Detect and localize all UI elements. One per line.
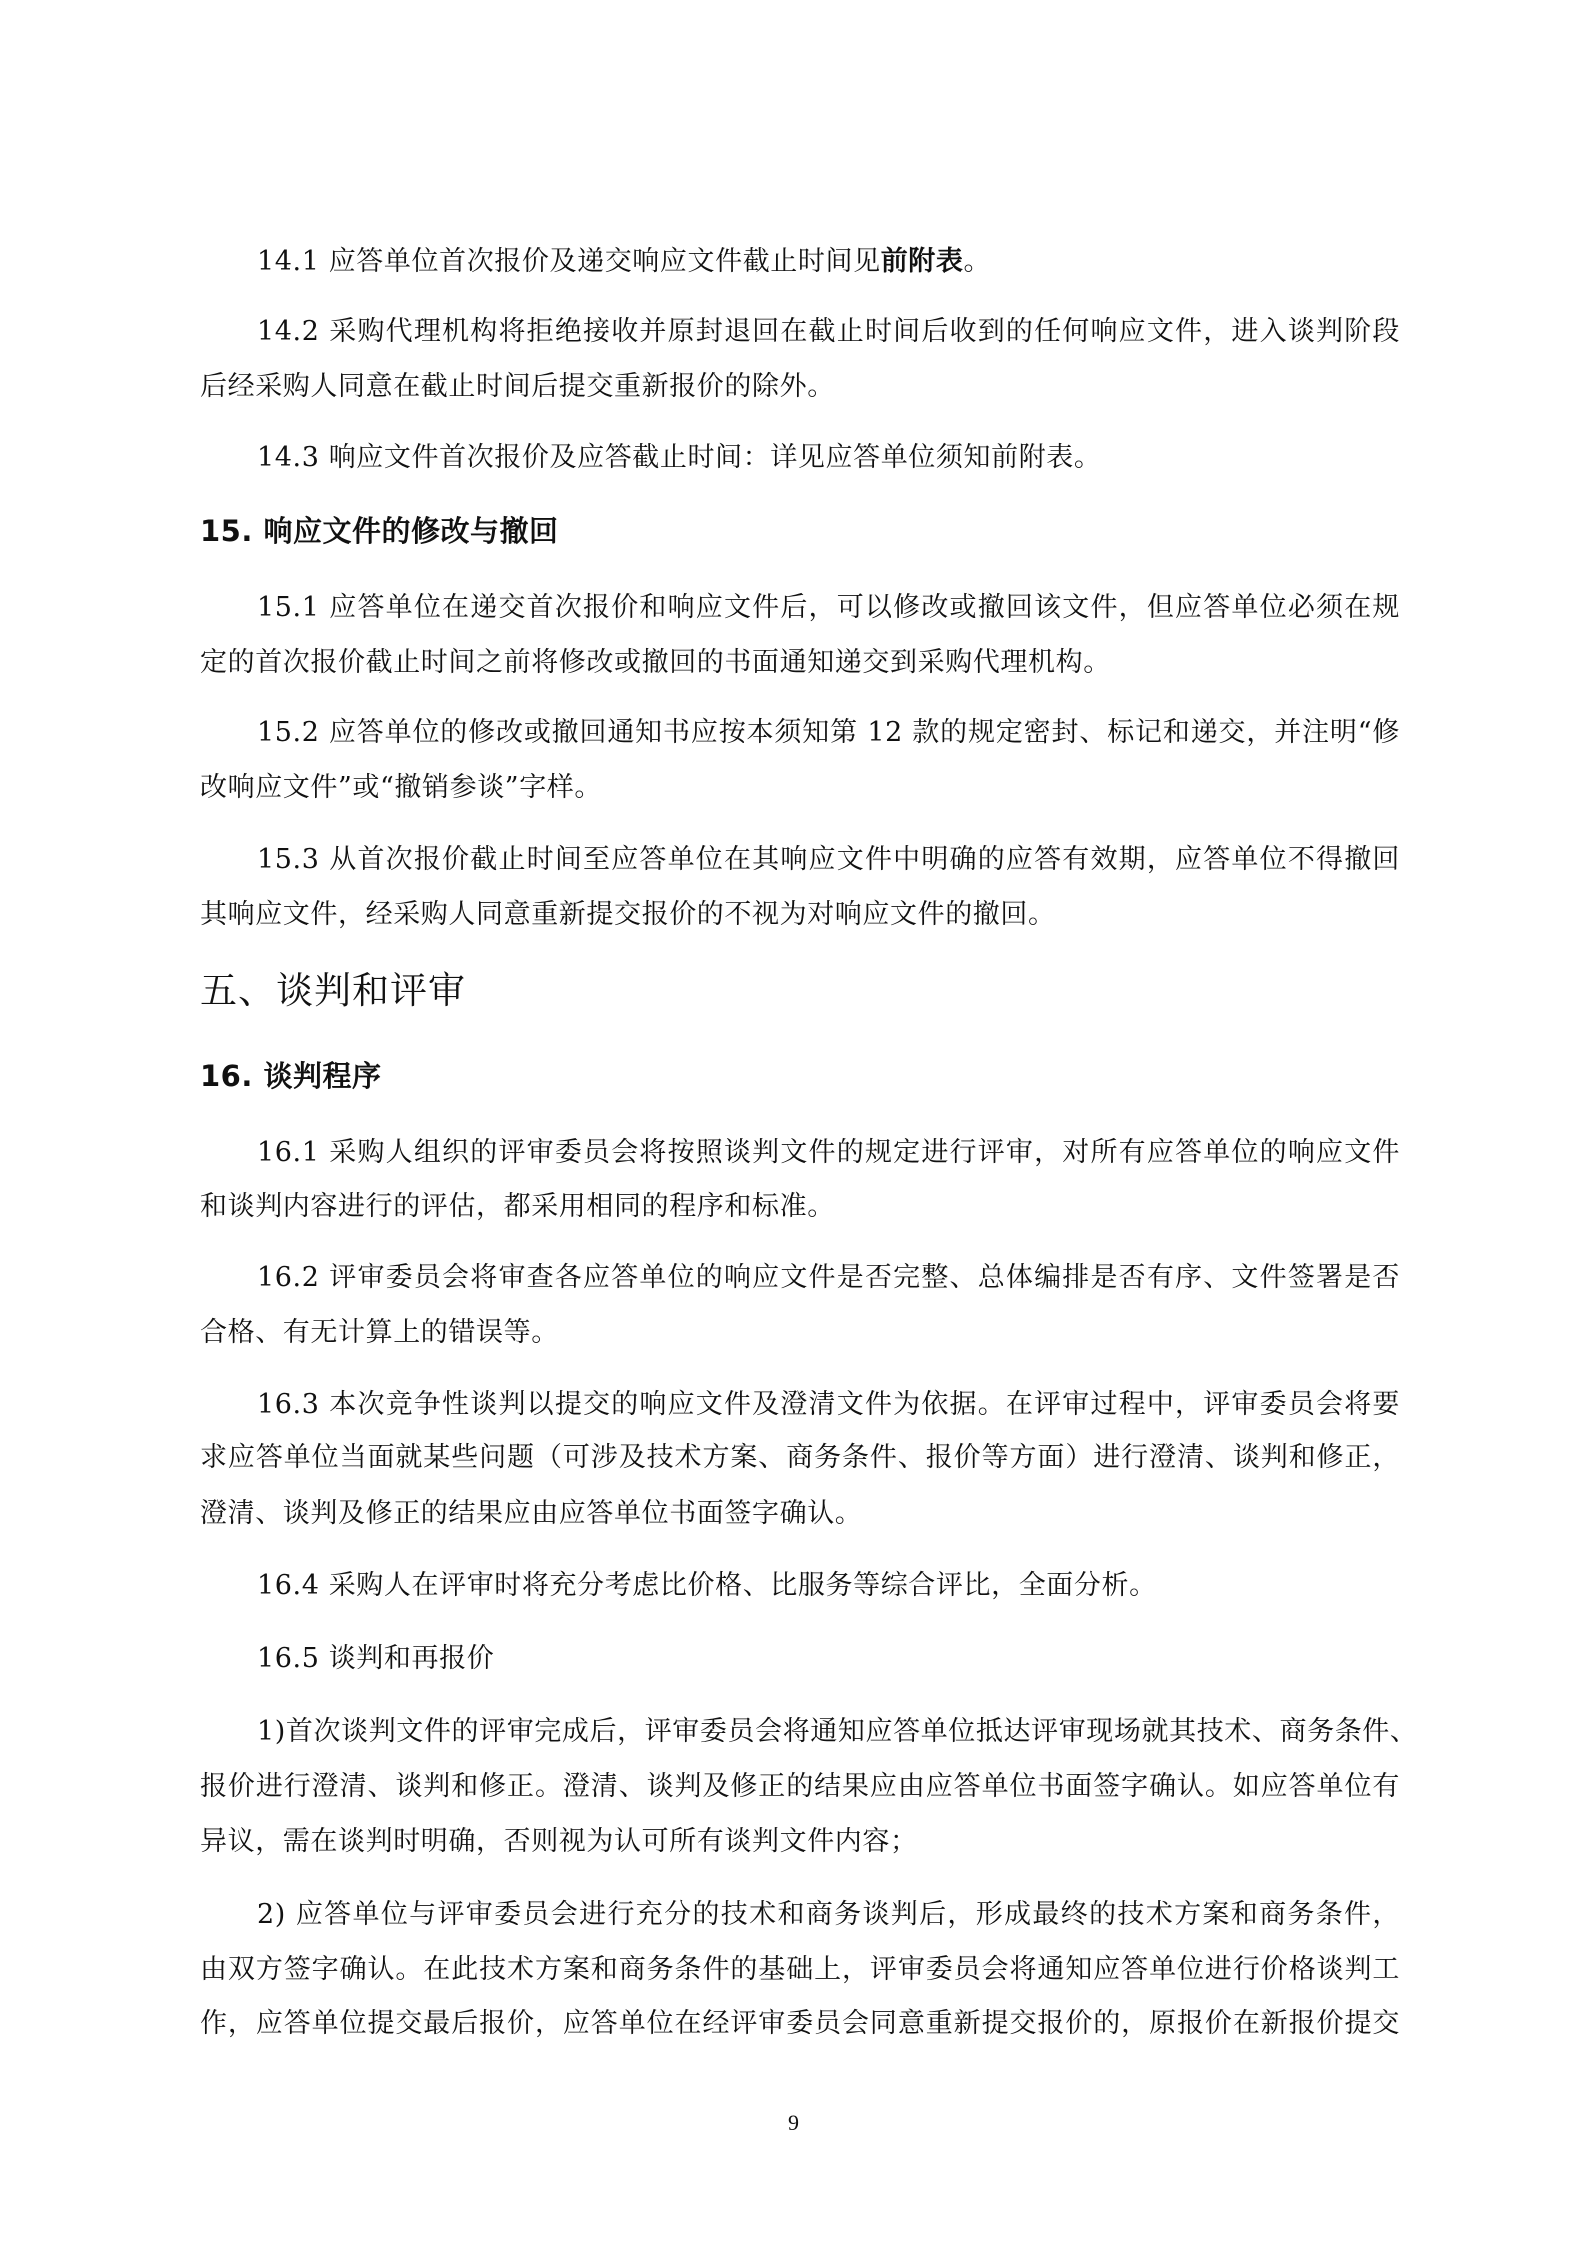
paragraph-14-2-line2: 后经采购人同意在截止时间后提交重新报价的除外。: [200, 369, 1400, 405]
paragraph-16-5: 16.5 谈判和再报价: [257, 1641, 1400, 1677]
paragraph-16-2-line1: 16.2 评审委员会将审查各应答单位的响应文件是否完整、总体编排是否有序、文件签…: [257, 1260, 1400, 1296]
paragraph-16-2-line2: 合格、有无计算上的错误等。: [200, 1315, 1400, 1351]
paragraph-14-3: 14.3 响应文件首次报价及应答截止时间：详见应答单位须知前附表。: [257, 440, 1400, 476]
paragraph-15-2-line2: 改响应文件”或“撤销参谈”字样。: [200, 770, 1400, 806]
paragraph-16-4: 16.4 采购人在评审时将充分考虑比价格、比服务等综合评比，全面分析。: [257, 1568, 1400, 1604]
paragraph-16-3-line3: 澄清、谈判及修正的结果应由应答单位书面签字确认。: [200, 1496, 1400, 1532]
item-2-line2: 由双方签字确认。在此技术方案和商务条件的基础上，评审委员会将通知应答单位进行价格…: [200, 1952, 1400, 1988]
item-1-line3: 异议，需在谈判时明确，否则视为认可所有谈判文件内容；: [200, 1824, 1400, 1860]
page-number: 9: [0, 2110, 1587, 2136]
paragraph-16-3-line1: 16.3 本次竞争性谈判以提交的响应文件及澄清文件为依据。在评审过程中，评审委员…: [257, 1387, 1400, 1423]
heading-16: 16. 谈判程序: [200, 1058, 1400, 1094]
punctuation: 。: [964, 246, 992, 277]
paragraph-16-1-line2: 和谈判内容进行的评估，都采用相同的程序和标准。: [200, 1189, 1400, 1225]
paragraph-16-1-line1: 16.1 采购人组织的评审委员会将按照谈判文件的规定进行评审，对所有应答单位的响…: [257, 1135, 1400, 1171]
heading-15: 15. 响应文件的修改与撤回: [200, 513, 1400, 549]
item-2-line3: 作，应答单位提交最后报价，应答单位在经评审委员会同意重新提交报价的，原报价在新报…: [200, 2006, 1400, 2042]
paragraph-15-3-line1: 15.3 从首次报价截止时间至应答单位在其响应文件中明确的应答有效期，应答单位不…: [257, 842, 1400, 878]
chapter-heading-five: 五、谈判和评审: [200, 968, 1400, 1014]
paragraph-15-3-line2: 其响应文件，经采购人同意重新提交报价的不视为对响应文件的撤回。: [200, 897, 1400, 933]
document-page: 14.1 应答单位首次报价及递交响应文件截止时间见前附表。 14.2 采购代理机…: [200, 0, 1400, 2245]
paragraph-15-1-line2: 定的首次报价截止时间之前将修改或撤回的书面通知递交到采购代理机构。: [200, 645, 1400, 681]
item-2-line1: 2) 应答单位与评审委员会进行充分的技术和商务谈判后，形成最终的技术方案和商务条…: [257, 1897, 1400, 1933]
paragraph-16-3-line2: 求应答单位当面就某些问题（可涉及技术方案、商务条件、报价等方面）进行澄清、谈判和…: [200, 1440, 1400, 1476]
bold-reference: 前附表: [881, 246, 964, 277]
paragraph-15-1-line1: 15.1 应答单位在递交首次报价和响应文件后，可以修改或撤回该文件，但应答单位必…: [257, 590, 1400, 626]
paragraph-text: 14.1 应答单位首次报价及递交响应文件截止时间见: [257, 246, 881, 277]
paragraph-14-1: 14.1 应答单位首次报价及递交响应文件截止时间见前附表。: [257, 244, 1400, 280]
item-1-line2: 报价进行澄清、谈判和修正。澄清、谈判及修正的结果应由应答单位书面签字确认。如应答…: [200, 1769, 1400, 1805]
item-1-line1: 1)首次谈判文件的评审完成后，评审委员会将通知应答单位抵达评审现场就其技术、商务…: [257, 1714, 1400, 1750]
paragraph-14-2-line1: 14.2 采购代理机构将拒绝接收并原封退回在截止时间后收到的任何响应文件，进入谈…: [257, 314, 1400, 350]
paragraph-15-2-line1: 15.2 应答单位的修改或撤回通知书应按本须知第 12 款的规定密封、标记和递交…: [257, 715, 1400, 751]
